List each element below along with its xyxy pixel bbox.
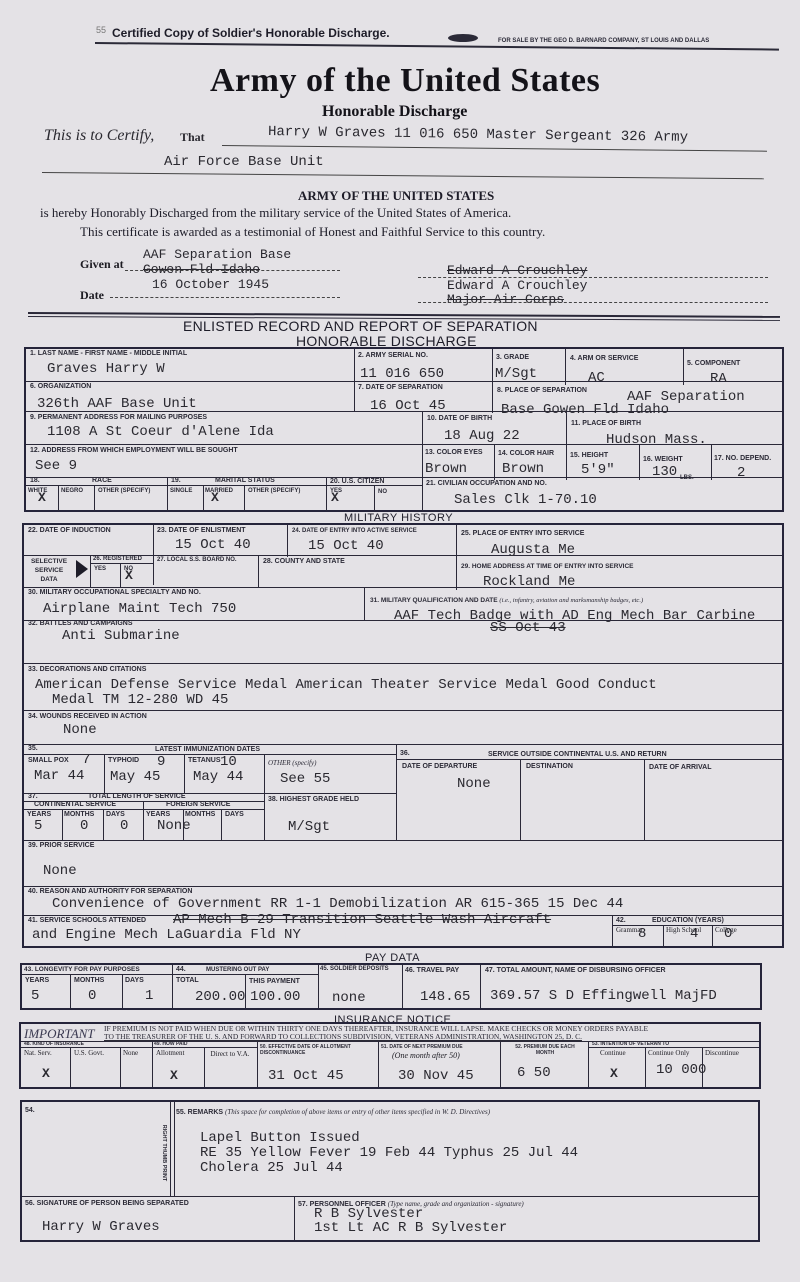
f21-value: Sales Clk 1-70.10 xyxy=(454,492,597,508)
f25-value: Augusta Me xyxy=(491,542,575,558)
intent-discontinue[interactable]: Discontinue xyxy=(705,1049,739,1057)
f3-label: 3. GRADE xyxy=(496,354,529,361)
f24-value: 15 Oct 40 xyxy=(308,538,384,554)
f46-label: 46. TRAVEL PAY xyxy=(405,967,459,974)
divider xyxy=(378,1041,379,1087)
f46-value: 148.65 xyxy=(420,989,470,1005)
divider xyxy=(24,663,782,664)
f40-label: 40. REASON AND AUTHORITY FOR SEPARATION xyxy=(28,888,192,895)
f29-label: 29. HOME ADDRESS AT TIME OF ENTRY INTO S… xyxy=(461,563,634,570)
f43-label: 43. LONGEVITY FOR PAY PURPOSES xyxy=(24,966,140,973)
f27-label: 27. LOCAL S.S. BOARD NO. xyxy=(157,557,237,563)
f36-col-departure: DATE OF DEPARTURE xyxy=(402,763,477,770)
divider xyxy=(103,809,104,840)
f32-label: 32. BATTLES AND CAMPAIGNS xyxy=(28,620,133,627)
divider xyxy=(24,840,782,841)
f26-label: 26. REGISTERED xyxy=(93,556,142,562)
divider xyxy=(152,1041,153,1087)
divider xyxy=(258,555,259,587)
imm-smallpox-label: SMALL POX xyxy=(28,757,69,764)
f7-value: 16 Oct 45 xyxy=(370,398,446,414)
discharge-text: is hereby Honorably Discharged from the … xyxy=(40,205,511,221)
divider xyxy=(456,525,457,590)
date-value: 16 October 1945 xyxy=(152,277,269,292)
f9-label: 9. PERMANENT ADDRESS FOR MAILING PURPOSE… xyxy=(30,414,207,421)
given-at-rule xyxy=(125,270,340,271)
edu-highschool-value: 4 xyxy=(690,926,698,942)
f35-title: LATEST IMMUNIZATION DATES xyxy=(155,746,260,753)
divider xyxy=(612,915,613,948)
f13-value: Brown xyxy=(425,461,467,477)
f47-value: 369.57 S D Effingwell MajFD xyxy=(490,988,717,1004)
f36-title: SERVICE OUTSIDE CONTINENTAL U.S. AND RET… xyxy=(488,751,667,758)
f1-label: 1. LAST NAME - FIRST NAME - MIDDLE INITI… xyxy=(30,350,187,357)
divider xyxy=(21,1047,257,1048)
publisher: FOR SALE BY THE GEO D. BARNARD COMPANY, … xyxy=(498,38,709,44)
marital-option-other[interactable]: OTHER (specify) xyxy=(248,488,300,494)
imm-tetanus-day: 10 xyxy=(220,754,237,770)
imm-tetanus-date: May 44 xyxy=(193,769,243,785)
race-mark: X xyxy=(38,490,46,505)
f10-label: 10. DATE OF BIRTH xyxy=(427,415,492,422)
certify-rule-1 xyxy=(222,145,767,152)
divider xyxy=(24,620,782,621)
divider xyxy=(62,809,63,840)
divider xyxy=(566,411,567,447)
thumb-print-label: RIGHT THUMB PRINT xyxy=(161,1113,167,1193)
divider xyxy=(58,485,59,511)
divider xyxy=(422,411,423,511)
signer-line-1: Edward A Crouchley xyxy=(447,263,587,278)
f39-label: 39. PRIOR SERVICE xyxy=(28,842,94,849)
divider xyxy=(24,744,782,745)
imm-other-date: See 55 xyxy=(280,771,330,787)
los-col-days: DAYS xyxy=(106,811,125,818)
race-option-negro[interactable]: NEGRO xyxy=(61,488,83,494)
edu-college-value: 0 xyxy=(724,926,732,942)
remark-line-3: Cholera 25 Jul 44 xyxy=(200,1160,343,1176)
f36-label: 36. xyxy=(400,750,410,757)
divider xyxy=(402,965,403,1008)
total-value: 200.00 xyxy=(195,989,245,1005)
imm-other-label-text: OTHER (specify) xyxy=(268,759,316,767)
imm-smallpox-date: Mar 44 xyxy=(34,768,84,784)
f42-title: EDUCATION (Years) xyxy=(652,917,724,924)
f17-value: 2 xyxy=(737,465,745,481)
los-col-months: MONTHS xyxy=(64,811,94,818)
f45-value: none xyxy=(332,990,366,1006)
testimonial-text: This certificate is awarded as a testimo… xyxy=(80,224,545,240)
divider xyxy=(494,444,495,480)
f38-value: M/Sgt xyxy=(288,819,330,835)
los-col-foreign-years: YEARS xyxy=(146,811,170,818)
f31-label: 31. MILITARY QUALIFICATION AND DATE (i.e… xyxy=(370,597,643,604)
f24-label: 24. DATE OF ENTRY INTO ACTIVE SERVICE xyxy=(292,528,417,534)
signer-line-2: Edward A Crouchley xyxy=(447,278,587,293)
divider xyxy=(639,444,640,480)
divider xyxy=(294,1196,295,1240)
divider xyxy=(287,525,288,557)
divider xyxy=(24,754,396,755)
f2-label: 2. ARMY SERIAL NO. xyxy=(358,352,428,359)
divider xyxy=(492,349,493,385)
f44-title: MUSTERING OUT PAY xyxy=(206,967,269,973)
f36-col-arrival: DATE OF ARRIVAL xyxy=(649,764,711,771)
discharge-document: 55 Certified Copy of Soldier's Honorable… xyxy=(0,0,800,1282)
f6-value: 326th AAF Base Unit xyxy=(37,396,197,412)
f31-value-2: SS Oct 43 xyxy=(490,620,566,636)
f19-label: 19. xyxy=(171,477,181,484)
kind-usgovt[interactable]: U.S. Govt. xyxy=(74,1049,104,1057)
f28-label: 28. COUNTY AND STATE xyxy=(263,558,345,565)
divider xyxy=(711,444,712,480)
intent-continue-only-value: 10 000 xyxy=(656,1062,706,1078)
divider xyxy=(500,1041,501,1087)
form-number: 55 xyxy=(96,25,106,35)
intent-continue[interactable]: Continue xyxy=(600,1049,626,1057)
divider xyxy=(257,1041,258,1087)
foreign-label: FOREIGN SERVICE xyxy=(166,801,230,808)
f57-value-2: 1st Lt AC R B Sylvester xyxy=(314,1220,507,1236)
kind-mark: X xyxy=(42,1066,50,1081)
continental-months: 0 xyxy=(80,818,88,834)
f45-label: 45. SOLDIER DEPOSITS xyxy=(320,966,389,972)
f10-value: 18 Aug 22 xyxy=(444,428,520,444)
divider xyxy=(26,485,422,486)
divider xyxy=(203,485,204,511)
given-at-line-1: AAF Separation Base xyxy=(143,247,291,262)
f23-value: 15 Oct 40 xyxy=(175,537,251,553)
divider xyxy=(645,1047,646,1087)
continental-years: 5 xyxy=(34,818,42,834)
marital-option-single[interactable]: SINGLE xyxy=(170,488,192,494)
this-payment-label: THIS PAYMENT xyxy=(249,978,300,985)
remark-line-1: Lapel Button Issued xyxy=(200,1130,360,1146)
divider xyxy=(122,974,123,1008)
f42-label: 42. xyxy=(616,917,626,924)
how-direct[interactable]: Direct to V.A. xyxy=(210,1050,250,1058)
kind-none[interactable]: None xyxy=(123,1049,138,1057)
selective-service-label: SELECTIVE SERVICE DATA xyxy=(26,557,72,584)
divider xyxy=(184,754,185,794)
longevity-years-label: YEARS xyxy=(25,977,49,984)
divider xyxy=(374,485,375,511)
f41-label: 41. SERVICE SCHOOLS ATTENDED xyxy=(28,917,146,924)
divider xyxy=(24,710,782,711)
f4-label: 4. ARM OR SERVICE xyxy=(570,355,638,362)
f22-label: 22. DATE OF INDUCTION xyxy=(28,527,111,534)
kind-natserv[interactable]: Nat. Serv. xyxy=(24,1049,52,1057)
document-subtitle: Honorable Discharge xyxy=(322,103,467,121)
f52-label: 52. PREMIUM DUE EACH MONTH xyxy=(510,1044,580,1056)
divider xyxy=(70,974,71,1008)
imm-tetanus-label: TETANUS xyxy=(188,757,221,764)
longevity-days-value: 1 xyxy=(145,988,153,1004)
army-heading: ARMY OF THE UNITED STATES xyxy=(298,188,494,204)
divider xyxy=(221,809,222,840)
divider xyxy=(24,886,782,887)
f6-label: 6. ORGANIZATION xyxy=(30,383,91,390)
f2-value: 11 016 650 xyxy=(360,366,444,382)
given-at-label: Given at xyxy=(80,257,124,272)
f31-value-1: AAF Tech Badge with AD Eng Mech Bar Carb… xyxy=(394,608,755,624)
f30-label: 30. MILITARY OCCUPATIONAL SPECIALTY AND … xyxy=(28,589,201,596)
divider xyxy=(712,925,713,948)
divider xyxy=(172,965,173,1008)
f14-label: 14. COLOR HAIR xyxy=(498,450,554,457)
important-line-2: TO THE TREASURER OF THE U. S. AND FORWAR… xyxy=(104,1032,582,1041)
f8-value-2: Base Gowen Fld Idaho xyxy=(501,402,669,418)
arrow-right-icon xyxy=(76,560,88,578)
f15-value: 5'9" xyxy=(581,462,615,478)
divider xyxy=(24,587,782,588)
f36-value: None xyxy=(457,776,491,792)
f31-label-text: 31. MILITARY QUALIFICATION AND DATE xyxy=(370,597,498,604)
f30-value: Airplane Maint Tech 750 xyxy=(43,601,236,617)
f53-label: 53. INTENTION OF VETERAN TO xyxy=(592,1041,669,1047)
total-label: TOTAL xyxy=(176,977,199,984)
divider xyxy=(120,563,121,587)
important-label: IMPORTANT xyxy=(24,1026,95,1042)
divider xyxy=(396,759,782,760)
race-option-other[interactable]: OTHER (specify) xyxy=(98,488,150,494)
f26-yes[interactable]: YES xyxy=(94,566,106,572)
f50-label: 50. Effective Date of Allotment Disconti… xyxy=(260,1044,370,1056)
f14-value: Brown xyxy=(502,461,544,477)
f33-value-2: Medal TM 12-280 WD 45 xyxy=(52,692,228,708)
f40-value: Convenience of Government RR 1-1 Demobil… xyxy=(52,896,623,912)
foreign-value: None xyxy=(157,818,191,834)
f56-label: 56. SIGNATURE OF PERSON BEING SEPARATED xyxy=(25,1200,189,1207)
longevity-years-value: 5 xyxy=(31,988,39,1004)
f20-label: 20. U.S. CITIZEN xyxy=(330,478,384,485)
f31-note: (i.e., infantry, aviation and marksmansh… xyxy=(499,597,643,604)
divider xyxy=(120,1047,121,1087)
citizen-mark: X xyxy=(331,490,339,505)
that-label: That xyxy=(180,130,205,145)
divider xyxy=(174,1102,175,1196)
certify-label: This is to Certify, xyxy=(44,127,154,145)
f37-title: TOTAL LENGTH OF SERVICE xyxy=(88,793,186,800)
form-line: Certified Copy of Soldier's Honorable Di… xyxy=(112,26,390,40)
f18-label: 18. xyxy=(30,477,40,484)
f12-value: See 9 xyxy=(35,458,77,474)
divider xyxy=(520,759,521,840)
divider xyxy=(24,793,396,794)
marital-option-married[interactable]: MARRIED xyxy=(205,488,233,494)
divider xyxy=(90,555,91,587)
divider xyxy=(22,1196,758,1197)
f34-label: 34. WOUNDS RECEIVED IN ACTION xyxy=(28,713,147,720)
divider xyxy=(24,809,264,810)
longevity-months-value: 0 xyxy=(88,988,96,1004)
date-label: Date xyxy=(80,288,104,303)
divider xyxy=(354,349,355,411)
f17-label: 17. NO. DEPEND. xyxy=(714,455,771,462)
continental-days: 0 xyxy=(120,818,128,834)
f11-value: Hudson Mass. xyxy=(606,432,707,448)
imm-typhoid-day: 9 xyxy=(157,754,165,770)
imm-other-label: OTHER (specify) xyxy=(268,759,316,767)
f4-value: AC xyxy=(588,370,605,386)
f12-label: 12. ADDRESS FROM WHICH EMPLOYMENT WILL B… xyxy=(30,447,238,454)
f38-label: 38. HIGHEST GRADE HELD xyxy=(268,796,359,803)
f16-label: 16. WEIGHT xyxy=(643,456,683,463)
citizen-option-no[interactable]: NO xyxy=(378,489,387,495)
los-col-years: YEARS xyxy=(27,811,51,818)
intent-continue-mark: X xyxy=(610,1066,618,1081)
f9-value: 1108 A St Coeur d'Alene Ida xyxy=(47,424,274,440)
f52-value: 6 50 xyxy=(517,1065,551,1081)
divider xyxy=(566,444,567,480)
f13-label: 13. COLOR EYES xyxy=(425,449,483,456)
f54-label: 54. xyxy=(25,1107,35,1114)
certify-line-2: Air Force Base Unit xyxy=(164,154,324,170)
f56-value: Harry W Graves xyxy=(42,1219,160,1235)
divider xyxy=(683,349,684,385)
divider xyxy=(143,801,144,840)
f51-label: 51. Date of Next Premium Due xyxy=(381,1044,463,1050)
eagle-emblem-icon xyxy=(448,34,478,42)
f39-value: None xyxy=(43,863,77,879)
los-col-foreign-days: DAYS xyxy=(225,811,244,818)
marital-mark: X xyxy=(211,490,219,505)
longevity-days-label: DAYS xyxy=(125,977,144,984)
divider xyxy=(318,965,319,1008)
f50-value: 31 Oct 45 xyxy=(268,1068,344,1084)
remark-line-2: RE 35 Yellow Fever 19 Feb 44 Typhus 25 J… xyxy=(200,1145,578,1161)
divider xyxy=(364,587,365,620)
f26-mark: X xyxy=(125,568,133,583)
f19-title: MARITAL STATUS xyxy=(215,477,275,484)
f18-title: RACE xyxy=(92,477,112,484)
divider xyxy=(492,381,493,413)
divider xyxy=(588,1047,759,1048)
certify-rule-2 xyxy=(42,172,764,179)
divider xyxy=(565,349,566,385)
edu-grammar-value: 8 xyxy=(638,926,646,942)
f25-label: 25. PLACE OF ENTRY INTO SERVICE xyxy=(461,530,584,537)
divider xyxy=(22,974,318,975)
longevity-months-label: MONTHS xyxy=(74,977,104,984)
f7-label: 7. DATE OF SEPARATION xyxy=(358,384,443,391)
divider xyxy=(167,477,168,511)
f55-label-text: 55. REMARKS xyxy=(176,1109,223,1116)
imm-typhoid-label: TYPHOID xyxy=(108,757,139,764)
f41-value-2: and Engine Mech LaGuardia Fld NY xyxy=(32,927,301,943)
divider xyxy=(326,477,327,511)
imm-typhoid-date: May 45 xyxy=(110,769,160,785)
record-title-1: ENLISTED RECORD AND REPORT OF SEPARATION xyxy=(183,318,538,334)
f23-label: 23. DATE OF ENLISTMENT xyxy=(157,527,246,534)
this-payment-value: 100.00 xyxy=(250,989,300,1005)
f8-label: 8. PLACE OF SEPARATION xyxy=(497,387,587,394)
f16-value: 130 xyxy=(652,464,677,480)
date-rule xyxy=(110,297,340,298)
f5-value: RA xyxy=(710,371,727,387)
f11-label: 11. PLACE OF BIRTH xyxy=(571,420,641,427)
f16-unit: LBS. xyxy=(680,475,694,481)
f33-value-1: American Defense Service Medal American … xyxy=(35,677,657,693)
divider xyxy=(90,563,153,564)
divider xyxy=(70,1047,71,1087)
certify-line-1: Harry W Graves 11 016 650 Master Sergean… xyxy=(268,124,688,146)
f51-note: (One month after 50) xyxy=(392,1051,460,1060)
f36-col-destination: DESTINATION xyxy=(526,763,573,770)
divider xyxy=(663,925,664,948)
divider xyxy=(170,1102,171,1196)
f5-label: 5. COMPONENT xyxy=(687,360,740,367)
document-title: Army of the United States xyxy=(210,62,600,100)
f3-value: M/Sgt xyxy=(495,366,537,382)
f32-value: Anti Submarine xyxy=(62,628,180,644)
how-mark: X xyxy=(170,1068,178,1083)
f44-label: 44. xyxy=(176,966,186,973)
divider xyxy=(94,485,95,511)
divider xyxy=(264,754,265,840)
f1-value: Graves Harry W xyxy=(47,361,165,377)
f51-value: 30 Nov 45 xyxy=(398,1068,474,1084)
continental-label: CONTINENTAL SERVICE xyxy=(34,801,116,808)
f41-value-1: AP Mech B-29 Transition Seattle Wash Air… xyxy=(173,912,551,928)
f21-label: 21. CIVILIAN OCCUPATION AND NO. xyxy=(426,480,547,487)
how-allotment[interactable]: Allotment xyxy=(156,1049,184,1057)
f33-label: 33. DECORATIONS AND CITATIONS xyxy=(28,666,146,673)
f15-label: 15. HEIGHT xyxy=(570,452,608,459)
f55-note: (This space for completion of above item… xyxy=(225,1108,490,1116)
f35-label: 35. xyxy=(28,745,38,752)
f55-label: 55. REMARKS (This space for completion o… xyxy=(176,1108,490,1116)
imm-smallpox-day: 7 xyxy=(82,752,90,768)
los-col-foreign-months: MONTHS xyxy=(185,811,215,818)
f37-label: 37. xyxy=(28,793,38,800)
divider xyxy=(244,485,245,511)
f47-label: 47. TOTAL AMOUNT, NAME OF DISBURSING OFF… xyxy=(485,967,666,974)
signer-line-3: Major Air Corps xyxy=(447,292,564,307)
signer-rule-3 xyxy=(418,302,768,303)
divider xyxy=(204,1047,205,1087)
divider xyxy=(480,965,481,1008)
divider xyxy=(104,754,105,794)
divider xyxy=(644,759,645,840)
f34-value: None xyxy=(63,722,97,738)
intent-continue-only[interactable]: Continue Only xyxy=(648,1049,689,1057)
